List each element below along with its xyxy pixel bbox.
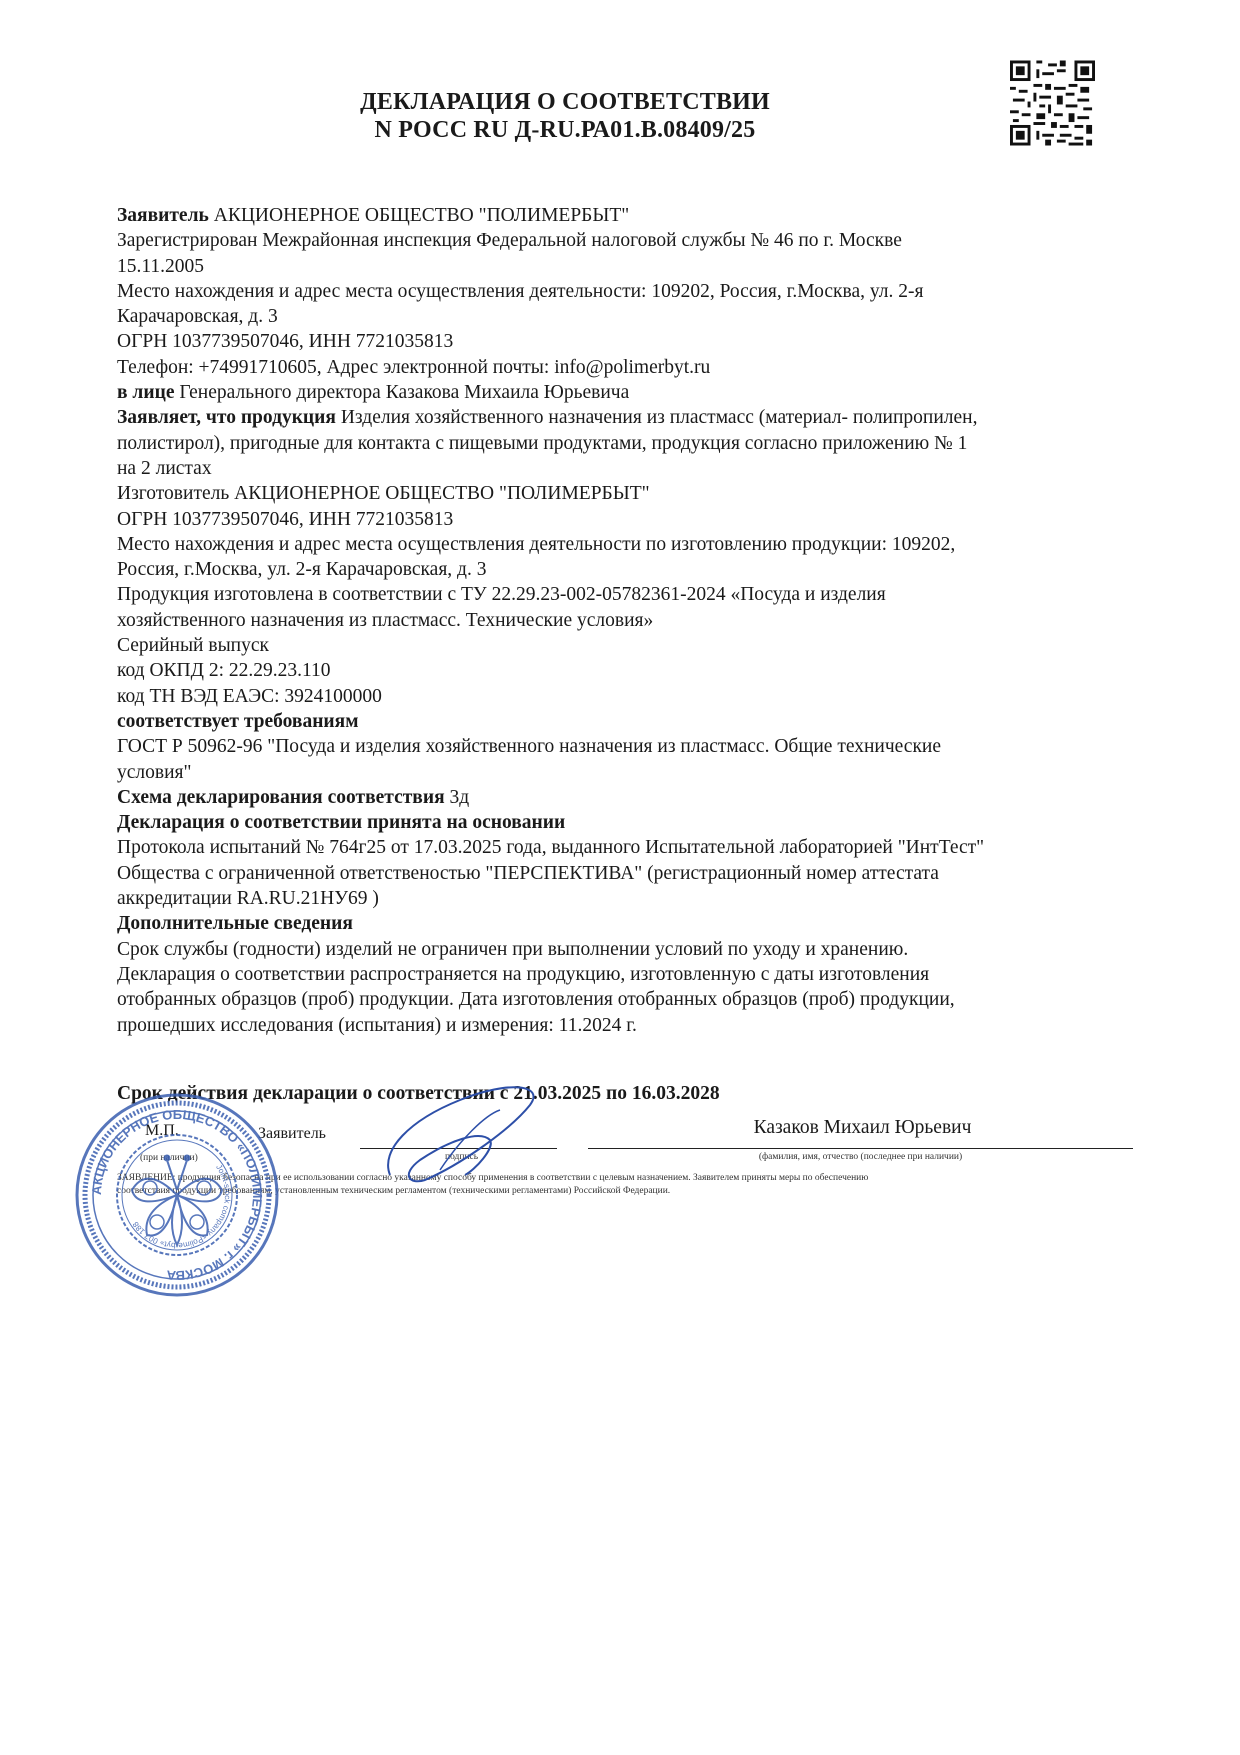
product-desc-3: на 2 листах: [117, 456, 1137, 481]
applicant-name: АКЦИОНЕРНОЕ ОБЩЕСТВО "ПОЛИМЕРБЫТ": [209, 205, 629, 226]
scheme-value: 3д: [445, 787, 470, 808]
manufacturer-address: Место нахождения и адрес места осуществл…: [117, 532, 1137, 557]
product-line: Заявляет, что продукция Изделия хозяйств…: [117, 405, 1137, 430]
qr-code-icon: [1010, 58, 1095, 148]
applicant-contacts: Телефон: +74991710605, Адрес электронной…: [117, 355, 1137, 380]
declaration-body: Заявитель АКЦИОНЕРНОЕ ОБЩЕСТВО "ПОЛИМЕРБ…: [117, 203, 1137, 1038]
manufacturer-spec-cont: хозяйственного назначения из пластмасс. …: [117, 608, 1137, 633]
applicant-registered-date: 15.11.2005: [117, 254, 1137, 279]
applicant-address: Место нахождения и адрес места осуществл…: [117, 279, 1137, 304]
represented-by: Генерального директора Казакова Михаила …: [174, 382, 629, 403]
signer-name: Казаков Михаил Юрьевич: [590, 1117, 1135, 1139]
basis-lab: Общества с ограниченной ответственостью …: [117, 861, 1137, 886]
manufacturer-spec: Продукция изготовлена в соответствии с Т…: [117, 582, 1137, 607]
requirements-label: соответствует требованиям: [117, 709, 1137, 734]
basis-protocol: Протокола испытаний № 764г25 от 17.03.20…: [117, 835, 1137, 860]
applicant-line: Заявитель АКЦИОНЕРНОЕ ОБЩЕСТВО "ПОЛИМЕРБ…: [117, 203, 1137, 228]
additional-line-2: Декларация о соответствии распространяет…: [117, 962, 1137, 987]
additional-line-4: прошедших исследования (испытания) и изм…: [117, 1013, 1137, 1038]
additional-line-3: отобранных образцов (проб) продукции. Да…: [117, 987, 1137, 1012]
signature-icon: [370, 1080, 570, 1190]
applicant-registered: Зарегистрирован Межрайонная инспекция Фе…: [117, 228, 1137, 253]
name-caption: (фамилия, имя, отчество (последнее при н…: [588, 1152, 1133, 1162]
release-type: Серийный выпуск: [117, 633, 1137, 658]
additional-label: Дополнительные сведения: [117, 911, 1137, 936]
requirements-standard-cont: условия": [117, 760, 1137, 785]
title-line-1: ДЕКЛАРАЦИЯ О СООТВЕТСТВИИ: [300, 88, 830, 116]
applicant-ogrn-inn: ОГРН 1037739507046, ИНН 7721035813: [117, 329, 1137, 354]
basis-accreditation: аккредитации RA.RU.21НУ69 ): [117, 886, 1137, 911]
scheme-line: Схема декларирования соответствия 3д: [117, 785, 1137, 810]
manufacturer-ogrn-inn: ОГРН 1037739507046, ИНН 7721035813: [117, 507, 1137, 532]
applicant-address-cont: Карачаровская, д. 3: [117, 304, 1137, 329]
manufacturer-name: Изготовитель АКЦИОНЕРНОЕ ОБЩЕСТВО "ПОЛИМ…: [117, 481, 1137, 506]
product-desc-2: полистирол), пригодные для контакта с пи…: [117, 431, 1137, 456]
product-desc-1: Изделия хозяйственного назначения из пла…: [336, 407, 978, 428]
additional-line-1: Срок службы (годности) изделий не ограни…: [117, 937, 1137, 962]
name-line: [588, 1148, 1133, 1149]
declaration-title: ДЕКЛАРАЦИЯ О СООТВЕТСТВИИ N РОСС RU Д-RU…: [300, 88, 830, 144]
represented-label: в лице: [117, 382, 174, 403]
okpd-code: код ОКПД 2: 22.29.23.110: [117, 658, 1137, 683]
declaration-number: N РОСС RU Д-RU.РА01.В.08409/25: [300, 116, 830, 144]
manufacturer-address-cont: Россия, г.Москва, ул. 2-я Карачаровская,…: [117, 557, 1137, 582]
scheme-label: Схема декларирования соответствия: [117, 787, 445, 808]
basis-label: Декларация о соответствии принята на осн…: [117, 810, 1137, 835]
product-label: Заявляет, что продукция: [117, 407, 336, 428]
applicant-label: Заявитель: [117, 205, 209, 226]
requirements-standard: ГОСТ Р 50962-96 "Посуда и изделия хозяйс…: [117, 734, 1137, 759]
tnved-code: код ТН ВЭД ЕАЭС: 3924100000: [117, 684, 1137, 709]
represented-line: в лице Генерального директора Казакова М…: [117, 380, 1137, 405]
company-stamp-icon: АКЦИОНЕРНОЕ ОБЩЕСТВО «ПОЛИМЕРБЫТ» г. МОС…: [72, 1090, 282, 1300]
